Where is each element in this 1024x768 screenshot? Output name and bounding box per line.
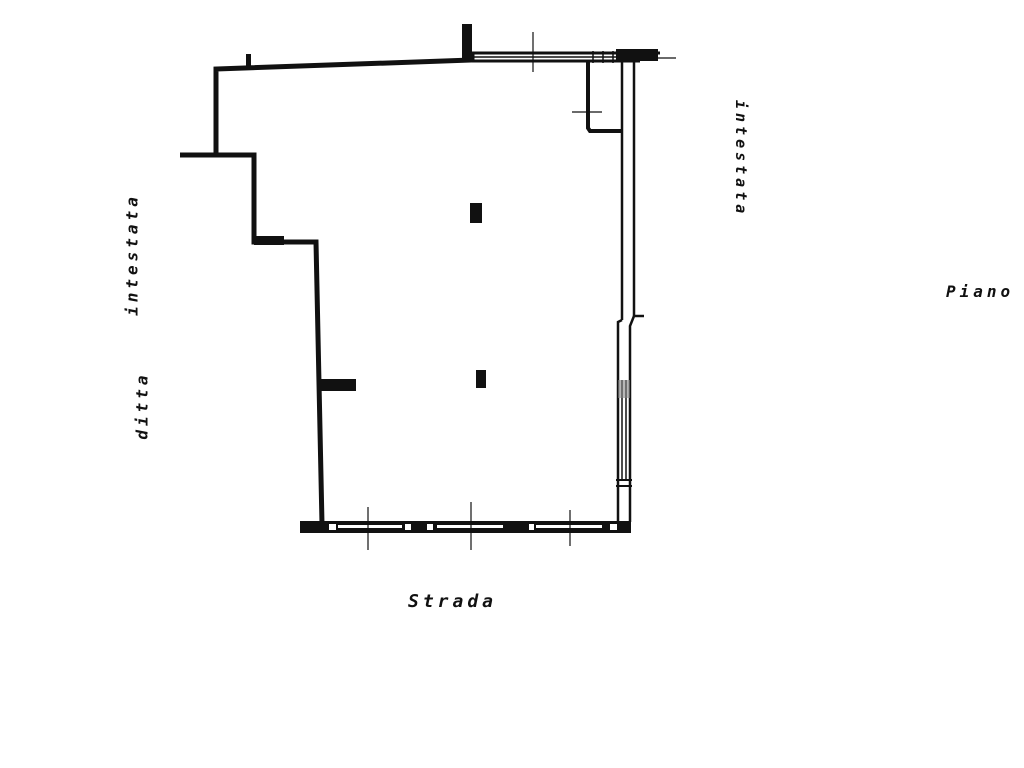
label-strada: Strada (408, 591, 497, 612)
wall-thick-segment (254, 236, 284, 245)
label-intestata-left: intestata (123, 185, 142, 325)
wall-stub (246, 54, 251, 68)
pillar-interior-upper (470, 203, 482, 223)
left-wall-stub (320, 379, 356, 391)
label-piano: Piano (946, 282, 1014, 301)
bottom-window (300, 502, 631, 550)
floor-plan-drawing (0, 0, 1024, 768)
label-intestata-right: intestata (732, 100, 750, 210)
exterior-walls (180, 52, 472, 524)
pillar-interior-lower (476, 370, 486, 388)
small-room-wall (588, 60, 622, 131)
top-right-corner-block (616, 49, 658, 61)
label-ditta: ditta (133, 366, 152, 446)
right-window-shading (618, 380, 630, 398)
pillar-top (462, 24, 472, 60)
left-stepped-wall (180, 155, 322, 524)
top-wall (216, 52, 472, 155)
